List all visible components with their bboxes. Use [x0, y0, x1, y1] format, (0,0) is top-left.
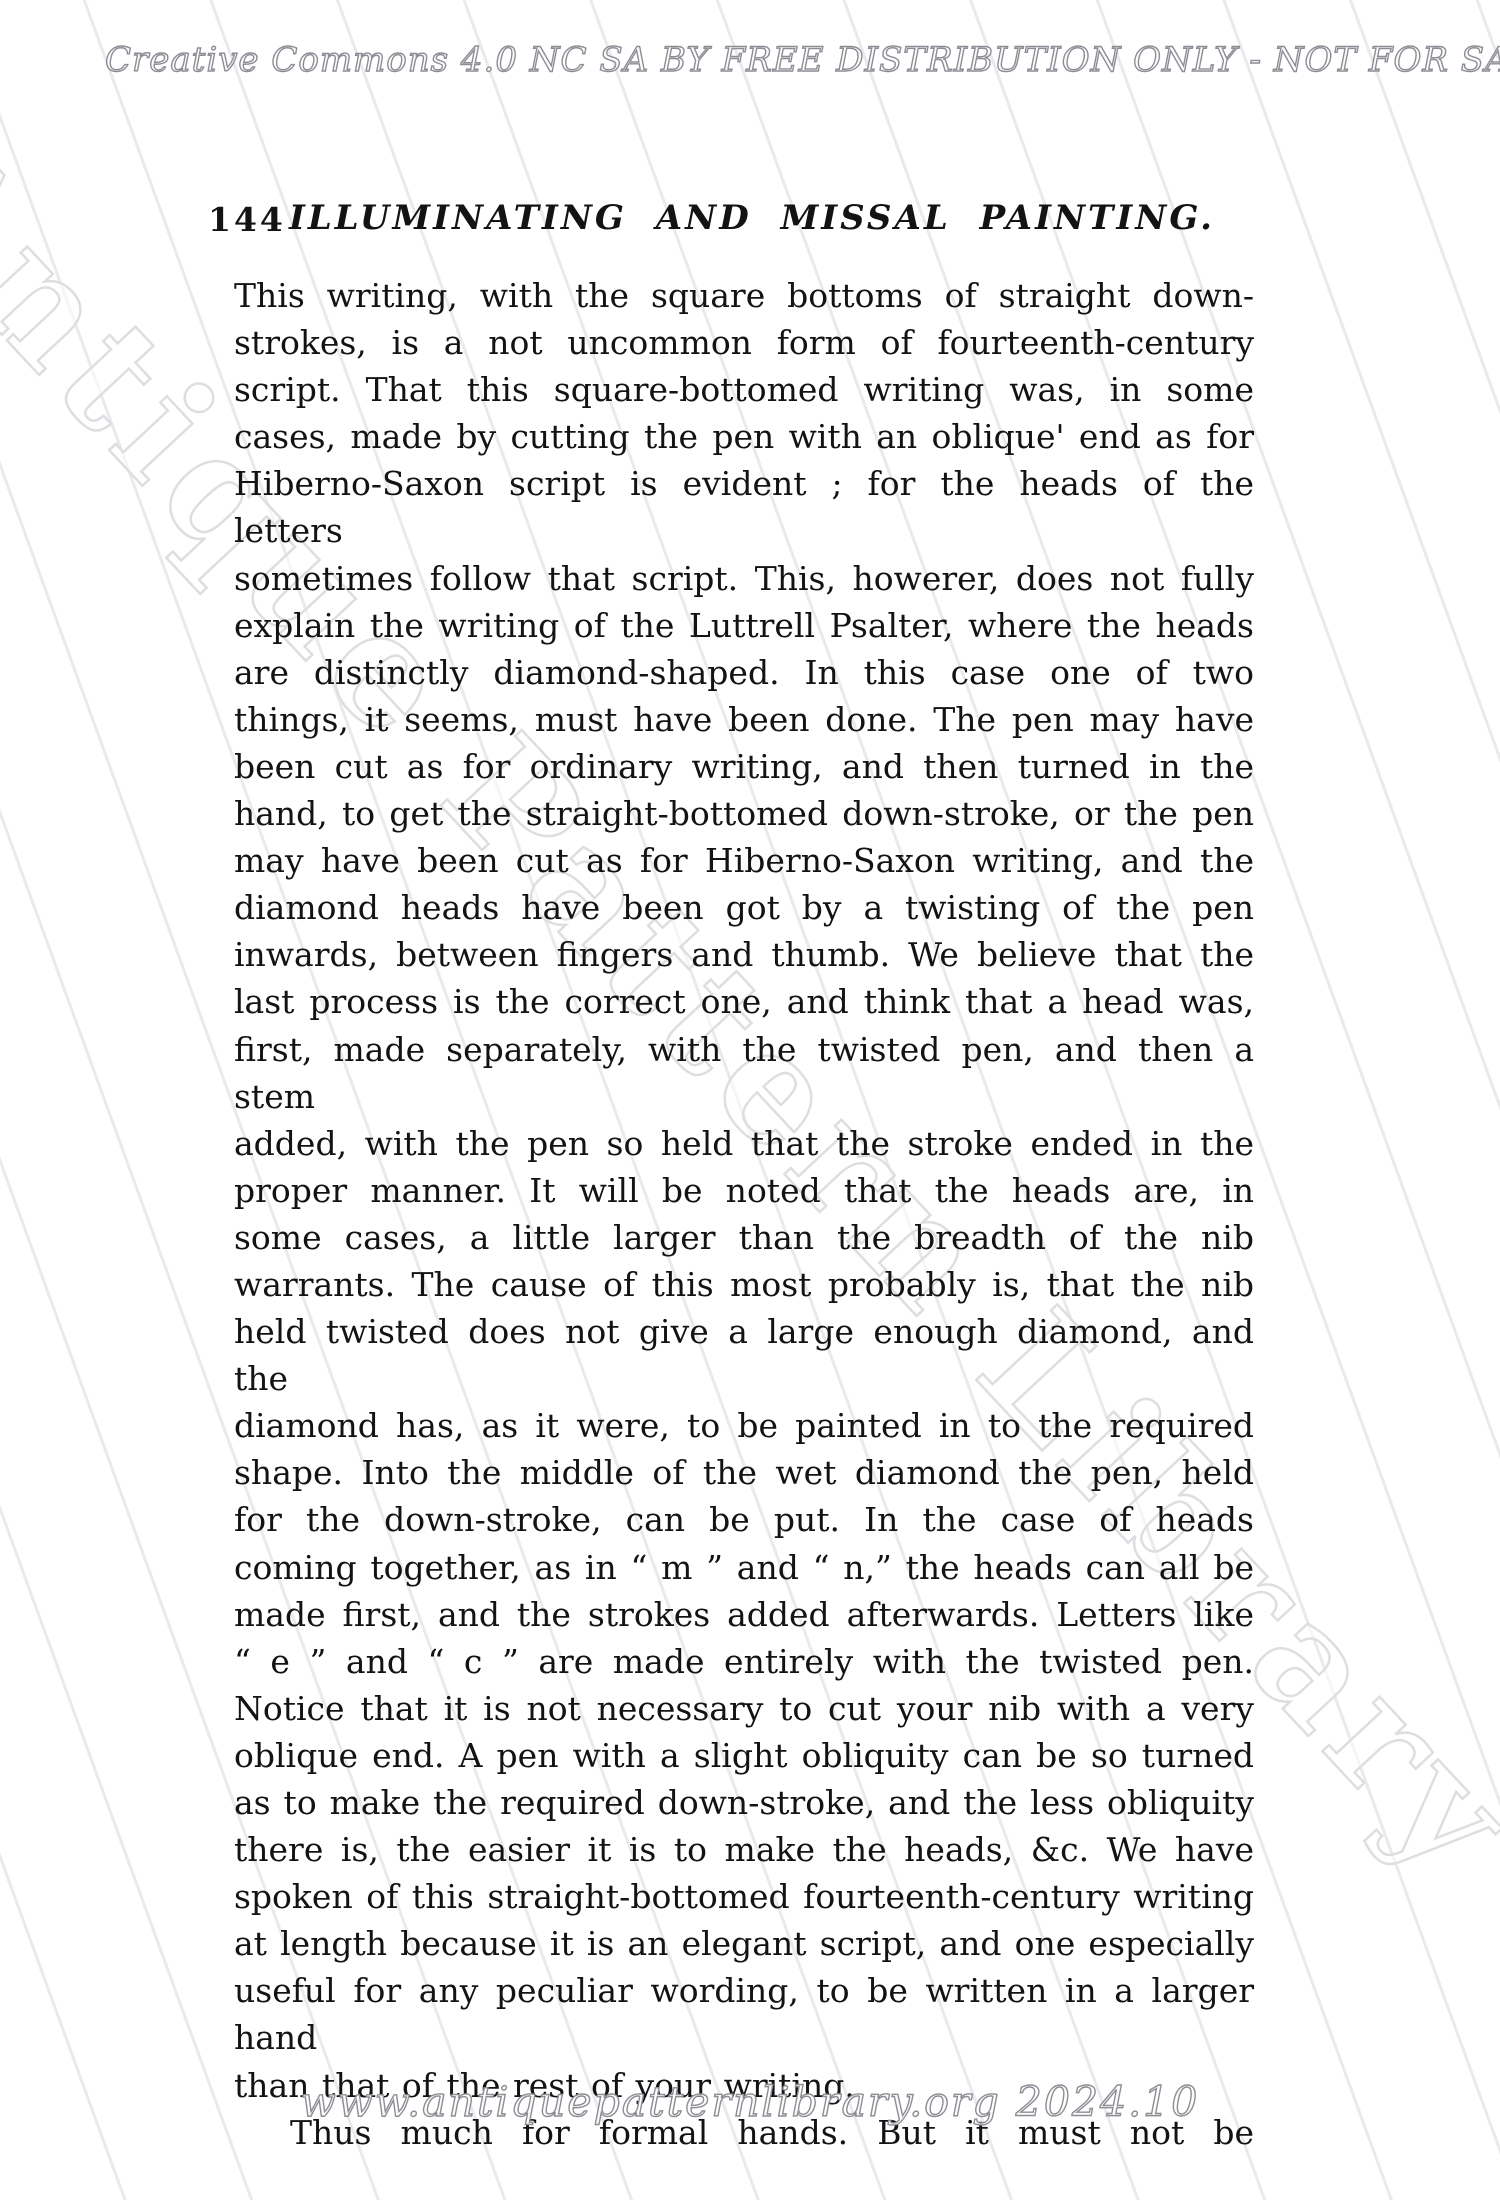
footer-watermark: www.antiquepatternlibrary.org 2024.10 [0, 2078, 1500, 2126]
text-line: strokes, is a not uncommon form of fourt… [234, 319, 1254, 366]
text-line: diamond has, as it were, to be painted i… [234, 1402, 1254, 1449]
text-line: script. That this square-bottomed writin… [234, 366, 1254, 413]
text-line: things, it seems, must have been done. T… [234, 696, 1254, 743]
text-line: coming together, as in “ m ” and “ n,” t… [234, 1544, 1254, 1591]
text-line: been cut as for ordinary writing, and th… [234, 743, 1254, 790]
body-text: This writing, with the square bottoms of… [234, 272, 1254, 2156]
text-line: “ e ” and “ c ” are made entirely with t… [234, 1638, 1254, 1685]
text-line: last process is the correct one, and thi… [234, 978, 1254, 1025]
text-line: at length because it is an elegant scrip… [234, 1920, 1254, 1967]
text-line: oblique end. A pen with a slight obliqui… [234, 1732, 1254, 1779]
text-line: added, with the pen so held that the str… [234, 1120, 1254, 1167]
text-line: may have been cut as for Hiberno-Saxon w… [234, 837, 1254, 884]
text-line: sometimes follow that script. This, howe… [234, 555, 1254, 602]
text-line: held twisted does not give a large enoug… [234, 1308, 1254, 1402]
text-line: spoken of this straight-bottomed fourtee… [234, 1873, 1254, 1920]
text-line: cases, made by cutting the pen with an o… [234, 413, 1254, 460]
text-line: inwards, between fingers and thumb. We b… [234, 931, 1254, 978]
text-line: for the down-stroke, can be put. In the … [234, 1496, 1254, 1543]
license-watermark: Creative Commons 4.0 NC SA BY FREE DISTR… [105, 40, 1500, 80]
scanned-book-page: Antique Pattern Library Creative Commons… [0, 0, 1500, 2200]
text-line: Notice that it is not necessary to cut y… [234, 1685, 1254, 1732]
text-line: there is, the easier it is to make the h… [234, 1826, 1254, 1873]
text-line: some cases, a little larger than the bre… [234, 1214, 1254, 1261]
text-line: made first, and the strokes added afterw… [234, 1591, 1254, 1638]
text-line: proper manner. It will be noted that the… [234, 1167, 1254, 1214]
text-line: are distinctly diamond-shaped. In this c… [234, 649, 1254, 696]
text-line: as to make the required down-stroke, and… [234, 1779, 1254, 1826]
text-line: explain the writing of the Luttrell Psal… [234, 602, 1254, 649]
text-line: This writing, with the square bottoms of… [234, 272, 1254, 319]
text-line: useful for any peculiar wording, to be w… [234, 1967, 1254, 2061]
text-line: diamond heads have been got by a twistin… [234, 884, 1254, 931]
text-line: warrants. The cause of this most probabl… [234, 1261, 1254, 1308]
text-line: Hiberno-Saxon script is evident ; for th… [234, 460, 1254, 554]
text-line: hand, to get the straight-bottomed down-… [234, 790, 1254, 837]
text-line: shape. Into the middle of the wet diamon… [234, 1449, 1254, 1496]
running-title: ILLUMINATING AND MISSAL PAINTING. [250, 198, 1254, 238]
text-line: first, made separately, with the twisted… [234, 1026, 1254, 1120]
